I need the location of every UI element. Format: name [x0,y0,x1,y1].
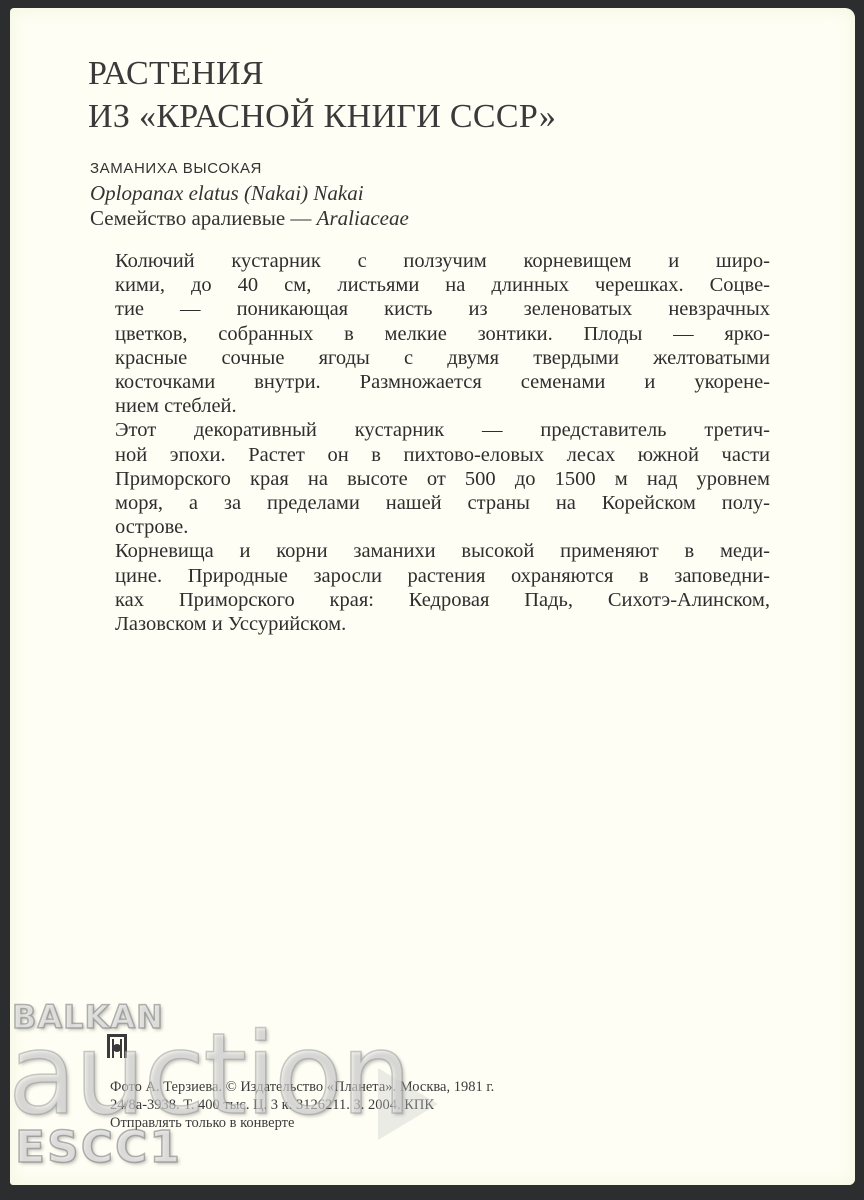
text-line: Приморского края на высоте от 500 до 150… [115,467,770,491]
planeta-publisher-logo-icon [107,1034,127,1058]
text-line: моря, а за пределами нашей страны на Кор… [115,491,770,515]
paragraph-description: Колючий кустарник с ползучим корневищем … [115,249,770,418]
text-line: красные сочные ягоды с двумя твердыми же… [115,346,770,370]
text-line: косточками внутри. Размножается семенами… [115,370,770,394]
family-latin-name: Araliaceae [317,206,409,230]
imprint: Фото А. Терзиева. © Издательство «Планет… [110,1078,494,1132]
species-family: Семейство аралиевые — Araliaceae [90,206,409,230]
series-title-line-1: РАСТЕНИЯ [88,52,556,95]
imprint-print-info: 24/8а-3938. Т. 400 тыс. Ц. 3 к. 3126211.… [110,1096,494,1114]
family-label: Семейство аралиевые — [90,206,317,230]
text-line: тие — поникающая кисть из зеленоватых не… [115,297,770,321]
text-line: цветков, собранных в мелкие зонтики. Пло… [115,322,770,346]
paragraph-habitat: Этот декоративный кустарник — представит… [115,418,770,539]
text-line: цине. Природные заросли растения охраняю… [115,564,770,588]
species-common-name: ЗАМАНИХА ВЫСОКАЯ [90,158,409,180]
text-line: нием стеблей. [115,394,770,418]
text-line: Лазовском и Уссурийском. [115,612,770,636]
imprint-credits: Фото А. Терзиева. © Издательство «Планет… [110,1078,494,1096]
species-latin-name: Oplopanax elatus (Nakai) Nakai [90,180,409,206]
description-text: Колючий кустарник с ползучим корневищем … [115,249,770,636]
text-line: Колючий кустарник с ползучим корневищем … [115,249,770,273]
text-line: Корневища и корни заманихи высокой приме… [115,539,770,563]
text-line: кими, до 40 см, листьями на длинных чере… [115,273,770,297]
series-title-line-2: ИЗ «КРАСНОЙ КНИГИ СССР» [88,95,556,138]
text-line: Этот декоративный кустарник — представит… [115,418,770,442]
series-title: РАСТЕНИЯ ИЗ «КРАСНОЙ КНИГИ СССР» [88,52,556,138]
imprint-mailing-note: Отправлять только в конверте [110,1114,494,1132]
species-heading: ЗАМАНИХА ВЫСОКАЯ Oplopanax elatus (Nakai… [90,158,409,230]
paragraph-protection: Корневища и корни заманихи высокой приме… [115,539,770,636]
text-line: острове. [115,515,770,539]
text-line: ках Приморского края: Кедровая Падь, Сих… [115,588,770,612]
text-line: ной эпохи. Растет он в пихтово-еловых ле… [115,443,770,467]
postcard-back: РАСТЕНИЯ ИЗ «КРАСНОЙ КНИГИ СССР» ЗАМАНИХ… [10,8,855,1185]
